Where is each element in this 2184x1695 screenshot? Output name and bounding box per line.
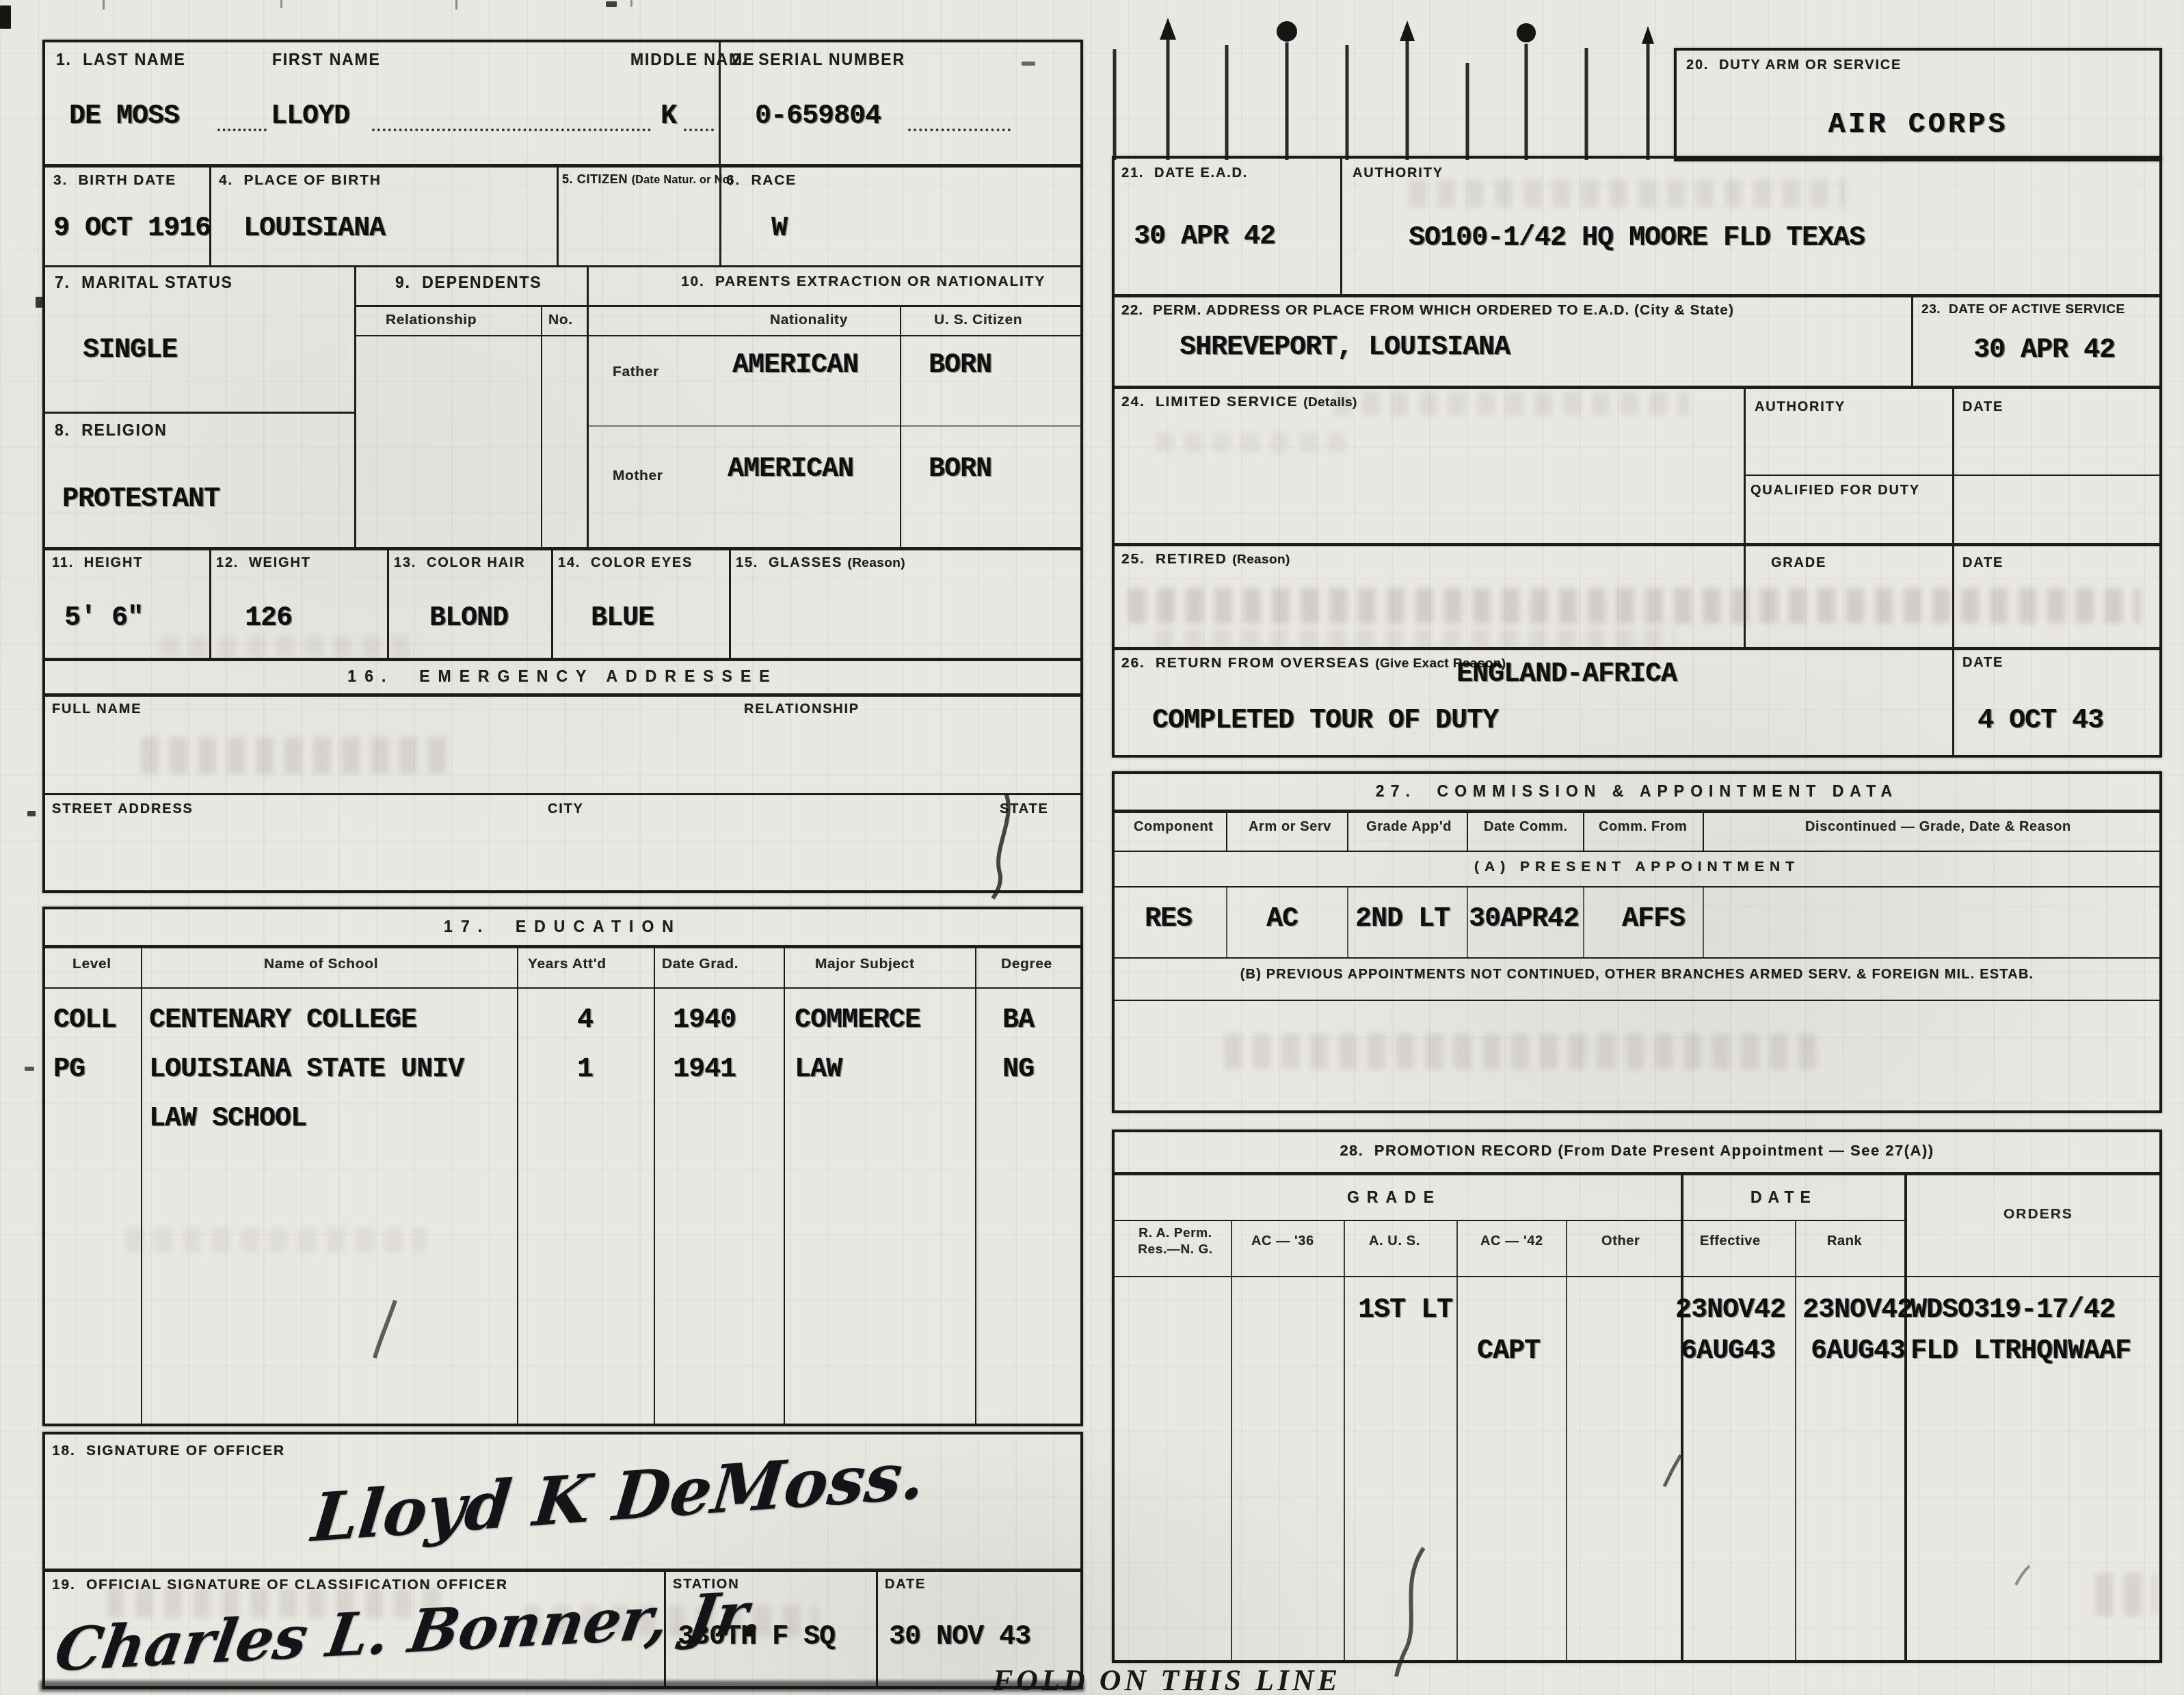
color-eyes-value: BLUE xyxy=(591,604,654,633)
ghost-text xyxy=(1409,179,1846,208)
rule xyxy=(1115,957,2159,959)
rule xyxy=(1456,1220,1458,1660)
field-weight-label: 12. WEIGHT xyxy=(216,555,311,571)
appointment-date-value: 30APR42 xyxy=(1469,905,1579,934)
rule xyxy=(719,42,721,164)
rule xyxy=(1952,647,1954,755)
rule xyxy=(45,693,1080,697)
father-nationality-value: AMERICAN xyxy=(732,351,858,380)
scan-speck xyxy=(25,1067,34,1071)
scan-speck xyxy=(0,5,11,29)
field-religion-label: 8. RELIGION xyxy=(55,421,168,440)
place-of-birth-value: LOUISIANA xyxy=(243,215,385,243)
rule xyxy=(1703,810,1704,851)
last-name-value: DE MOSS xyxy=(69,103,179,131)
return-overseas-value: ENGLAND-AFRICA xyxy=(1456,660,1677,689)
dependents-no-header: No. xyxy=(548,312,573,328)
religion-value: PROTESTANT xyxy=(62,485,219,514)
education-row-cell: PG xyxy=(53,1056,85,1084)
ghost-text xyxy=(1156,629,1675,647)
education-row-cell: CENTENARY COLLEGE xyxy=(149,1006,416,1035)
promotion-rank-value: 23NOV42 xyxy=(1802,1296,1913,1325)
field-first-name-label: FIRST NAME xyxy=(272,51,381,69)
rule xyxy=(1115,386,2159,389)
classification-officer-signature: Charles L. Bonner, Jr. xyxy=(51,1578,769,1685)
education-row-cell: 1 xyxy=(577,1056,593,1084)
rule xyxy=(45,547,1080,550)
rule xyxy=(1115,1172,2159,1175)
field-date-active-service-label: 23. DATE OF ACTIVE SERVICE xyxy=(1921,302,2125,317)
father-citizen-value: BORN xyxy=(929,351,991,380)
authority-value: SO100-1/42 HQ MOORE FLD TEXAS xyxy=(1409,224,1865,253)
promotion-grade-aus-value: 1ST LT xyxy=(1358,1296,1452,1325)
scan-speck xyxy=(606,1,617,7)
ghost-text xyxy=(1333,391,1689,416)
promotion-rank-value: 6AUG43 xyxy=(1811,1337,1905,1366)
rule xyxy=(354,335,1080,336)
rule xyxy=(1904,1172,1907,1660)
duty-arm-value: AIR CORPS xyxy=(1828,109,2008,139)
pen-stroke xyxy=(2012,1562,2032,1589)
rule xyxy=(354,265,356,547)
rule xyxy=(45,987,1080,989)
field-marital-status-label: 7. MARITAL STATUS xyxy=(55,273,233,292)
education-header: 17. EDUCATION xyxy=(444,918,682,936)
commission-col-from: Comm. From xyxy=(1599,819,1687,835)
promotion-col-orders: ORDERS xyxy=(2003,1206,2073,1223)
rule xyxy=(1347,810,1348,851)
rule xyxy=(654,945,655,1424)
rule xyxy=(1952,543,1954,647)
field-return-from-overseas-label: 26. RETURN FROM OVERSEAS (Give Exact Rea… xyxy=(1121,655,1506,671)
field-classification-officer-signature-label: 19. OFFICIAL SIGNATURE OF CLASSIFICATION… xyxy=(52,1577,508,1593)
rule xyxy=(45,793,1080,795)
education-box: 17. EDUCATION Level Name of School Years… xyxy=(42,907,1083,1426)
weight-value: 126 xyxy=(245,604,292,633)
promotion-record-box: 28. PROMOTION RECORD (From Date Present … xyxy=(1112,1130,2162,1663)
field-parents-extraction-label: 10. PARENTS EXTRACTION OR NATIONALITY xyxy=(681,273,1046,290)
rule xyxy=(975,945,976,1424)
ghost-text xyxy=(161,636,421,658)
rule xyxy=(587,265,589,547)
field-birth-date-label: 3. BIRTH DATE xyxy=(53,172,176,189)
field-race-label: 6. RACE xyxy=(726,172,797,189)
rule xyxy=(729,547,731,658)
education-row-cell: BA xyxy=(1002,1006,1034,1035)
ghost-handwriting xyxy=(1224,1034,1826,1069)
promotion-col-other: Other xyxy=(1601,1233,1640,1249)
rule xyxy=(1703,886,1704,957)
qualified-for-duty-label: QUALIFIED FOR DUTY xyxy=(1750,483,1920,498)
rule xyxy=(1226,810,1227,851)
return-date-value: 4 OCT 43 xyxy=(1977,707,2103,736)
mother-nationality-value: AMERICAN xyxy=(728,455,853,484)
field-color-hair-label: 13. COLOR HAIR xyxy=(394,555,526,571)
rule xyxy=(1340,159,1342,294)
dependents-relationship-header: Relationship xyxy=(386,312,477,328)
promotion-col-aus: A. U. S. xyxy=(1369,1233,1420,1249)
rule xyxy=(387,547,389,658)
dotted-leader xyxy=(217,129,267,131)
promotion-col-rank: Rank xyxy=(1827,1233,1862,1249)
signature-box: 18. SIGNATURE OF OFFICER Lloyd K DeMoss.… xyxy=(42,1432,1083,1689)
signature-date-value: 30 NOV 43 xyxy=(889,1623,1030,1652)
education-col-school: Name of School xyxy=(264,956,378,972)
pen-stroke xyxy=(1391,1543,1432,1679)
mother-citizen-value: BORN xyxy=(929,455,991,484)
rule xyxy=(587,425,1080,427)
rule xyxy=(1231,1220,1232,1660)
promotion-grade-ac42-value: CAPT xyxy=(1477,1337,1540,1366)
pen-stroke xyxy=(983,792,1031,901)
commission-col-component: Component xyxy=(1134,819,1214,835)
dotted-leader xyxy=(372,129,651,131)
marital-status-value: SINGLE xyxy=(83,336,177,365)
field-height-label: 11. HEIGHT xyxy=(52,555,143,571)
commission-col-arm: Arm or Serv xyxy=(1249,819,1331,835)
promotion-col-ra: R. A. Perm. Res.—N. G. xyxy=(1124,1225,1227,1258)
rule xyxy=(1583,810,1584,851)
rule xyxy=(517,945,518,1424)
ghost-fine-print xyxy=(2095,1573,2157,1616)
race-value: W xyxy=(771,215,787,243)
limited-service-date-label: DATE xyxy=(1962,399,2003,415)
rule xyxy=(1467,810,1468,851)
appointment-grade-value: 2ND LT xyxy=(1355,905,1450,934)
middle-name-value: K xyxy=(661,103,676,131)
education-col-level: Level xyxy=(72,956,111,972)
promotion-orders-value: WDSO319-17/42 xyxy=(1910,1296,2115,1325)
rule xyxy=(541,305,542,547)
commission-col-grade: Grade App'd xyxy=(1366,819,1452,835)
commission-title: 27. COMMISSION & APPOINTMENT DATA xyxy=(1376,782,1898,801)
scan-speck xyxy=(27,811,36,816)
dot-head xyxy=(1277,21,1297,42)
rule xyxy=(1344,1220,1345,1660)
rule xyxy=(1115,1000,2159,1001)
rule xyxy=(45,412,354,414)
date-active-service-value: 30 APR 42 xyxy=(1973,336,2115,365)
promotion-record-title: 28. PROMOTION RECORD (From Date Present … xyxy=(1340,1142,1934,1160)
field-dependents-label: 9. DEPENDENTS xyxy=(395,273,542,292)
authority-label: AUTHORITY xyxy=(1353,165,1443,181)
personal-data-box: 1. LAST NAME FIRST NAME MIDDLE NAME 2. S… xyxy=(42,40,1083,893)
scan-tick xyxy=(280,0,282,8)
arrow-head xyxy=(1642,26,1654,44)
emergency-relationship-label: RELATIONSHIP xyxy=(744,702,860,717)
ghost-text xyxy=(1156,432,1347,453)
rule xyxy=(45,945,1080,948)
rule xyxy=(45,265,1080,267)
ghost-text xyxy=(126,1228,427,1253)
scan-speck xyxy=(1022,62,1035,66)
first-name-value: LLOYD xyxy=(271,103,349,131)
rule xyxy=(45,164,1080,168)
emergency-full-name-label: FULL NAME xyxy=(52,702,142,717)
us-citizen-column-header: U. S. Citizen xyxy=(934,312,1022,328)
appointment-component-value: RES xyxy=(1145,905,1192,934)
education-row-cell: 1940 xyxy=(673,1006,736,1035)
perm-address-value: SHREVEPORT, LOUISIANA xyxy=(1180,334,1510,362)
rule xyxy=(1566,1220,1567,1660)
rule xyxy=(45,1569,1080,1572)
rule xyxy=(1115,810,2159,813)
rule xyxy=(1115,851,2159,852)
appointment-from-value: AFFS xyxy=(1622,905,1685,934)
field-limited-service-label: 24. LIMITED SERVICE (Details) xyxy=(1121,394,1357,410)
field-citizen-label: 5. CITIZEN (Date Natur. or No) xyxy=(562,172,734,187)
nationality-column-header: Nationality xyxy=(770,312,848,328)
promotion-col-ac42: AC — '42 xyxy=(1480,1233,1543,1249)
scan-tick xyxy=(103,0,105,10)
service-data-box: 21. DATE E.A.D. AUTHORITY 30 APR 42 SO10… xyxy=(1112,156,2162,758)
rule xyxy=(1911,294,1913,386)
promotion-col-effective: Effective xyxy=(1700,1233,1761,1249)
officer-signature: Lloyd K DeMoss. xyxy=(308,1436,929,1557)
rule xyxy=(1952,386,1954,543)
promotion-orders-value: FLD LTRHQNWAAF xyxy=(1910,1337,2131,1366)
retired-grade-label: GRADE xyxy=(1771,555,1826,571)
field-signature-of-officer-label: 18. SIGNATURE OF OFFICER xyxy=(52,1443,285,1459)
rule xyxy=(1583,886,1584,957)
field-serial-label: 2. SERIAL NUMBER xyxy=(732,51,905,69)
rule xyxy=(209,547,211,658)
promotion-effective-value: 6AUG43 xyxy=(1681,1337,1775,1366)
education-row-cell: COLL xyxy=(53,1006,116,1035)
rule xyxy=(1226,886,1227,957)
field-perm-address-label: 22. PERM. ADDRESS OR PLACE FROM WHICH OR… xyxy=(1121,302,1734,319)
pen-stroke xyxy=(1660,1451,1685,1492)
rule xyxy=(1681,1172,1683,1660)
appointment-arm-value: AC xyxy=(1266,905,1298,934)
rule xyxy=(1795,1220,1796,1660)
tally-marks xyxy=(1109,16,1670,160)
education-row-cell: 4 xyxy=(577,1006,593,1035)
education-row-cell: LAW xyxy=(795,1056,842,1084)
father-row-label: Father xyxy=(613,364,659,380)
rule xyxy=(1115,1220,1904,1221)
rule xyxy=(1467,886,1468,957)
rule xyxy=(1115,1276,2159,1277)
retired-date-label: DATE xyxy=(1962,555,2003,571)
scan-tick xyxy=(455,0,457,10)
scan-edge-streak xyxy=(40,1681,1084,1692)
rule xyxy=(1115,294,2159,297)
duty-arm-box: 20. DUTY ARM OR SERVICE AIR CORPS xyxy=(1674,48,2162,161)
rule xyxy=(141,945,142,1424)
field-color-eyes-label: 14. COLOR EYES xyxy=(558,555,693,571)
rule xyxy=(557,164,559,265)
education-row-cell: COMMERCE xyxy=(795,1006,920,1035)
rule xyxy=(551,547,553,658)
field-last-name-label: 1. LAST NAME xyxy=(56,51,186,69)
field-place-of-birth-label: 4. PLACE OF BIRTH xyxy=(219,172,382,189)
education-row-cell: LAW SCHOOL xyxy=(149,1105,306,1134)
return-reason-value: COMPLETED TOUR OF DUTY xyxy=(1152,707,1498,736)
date-label: DATE xyxy=(885,1577,926,1592)
present-appointment-band: (A) PRESENT APPOINTMENT xyxy=(1474,859,1800,875)
field-duty-arm-label: 20. DUTY ARM OR SERVICE xyxy=(1686,57,1902,73)
ghost-mirrored-text xyxy=(1128,588,2140,624)
emergency-city-label: CITY xyxy=(548,801,584,817)
commission-appointment-box: 27. COMMISSION & APPOINTMENT DATA Compon… xyxy=(1112,771,2162,1113)
emergency-addressee-header: 16. EMERGENCY ADDRESSEE xyxy=(347,667,777,686)
scan-tick xyxy=(630,0,632,7)
promotion-col-ac36: AC — '36 xyxy=(1251,1233,1314,1249)
education-col-grad: Date Grad. xyxy=(662,956,738,972)
arrow-head xyxy=(1400,21,1415,41)
scanned-classification-card: 1. LAST NAME FIRST NAME MIDDLE NAME 2. S… xyxy=(0,0,2184,1695)
rule xyxy=(876,1569,878,1686)
dot-head xyxy=(1517,23,1536,42)
education-col-major: Major Subject xyxy=(815,956,915,972)
ghost-handwriting xyxy=(141,737,455,774)
grade-group-header: GRADE xyxy=(1347,1188,1441,1207)
rule xyxy=(354,305,1080,307)
education-row-cell: NG xyxy=(1002,1056,1034,1084)
height-value: 5' 6" xyxy=(64,604,143,633)
rule xyxy=(1744,386,1746,543)
rule xyxy=(1115,647,2159,650)
promotion-effective-value: 23NOV42 xyxy=(1675,1296,1785,1325)
education-row-cell: 1941 xyxy=(673,1056,736,1084)
serial-number-value: 0-659804 xyxy=(755,103,881,131)
commission-col-discontinued: Discontinued — Grade, Date & Reason xyxy=(1805,819,2071,835)
dotted-leader xyxy=(684,129,714,131)
pen-stroke xyxy=(369,1296,401,1362)
field-date-ead-label: 21. DATE E.A.D. xyxy=(1121,165,1248,181)
date-group-header: DATE xyxy=(1750,1188,1817,1207)
arrow-head xyxy=(1160,18,1176,40)
education-row-cell: LOUISIANA STATE UNIV xyxy=(149,1056,464,1084)
rule xyxy=(1347,886,1348,957)
education-col-years: Years Att'd xyxy=(528,956,607,972)
rule xyxy=(1115,886,2159,887)
field-glasses-label: 15. GLASSES (Reason) xyxy=(736,555,905,571)
previous-appointments-band: (B) PREVIOUS APPOINTMENTS NOT CONTINUED,… xyxy=(1240,967,2034,983)
education-col-degree: Degree xyxy=(1001,956,1052,972)
rule xyxy=(784,945,785,1424)
date-ead-value: 30 APR 42 xyxy=(1134,223,1275,252)
limited-service-authority-label: AUTHORITY xyxy=(1755,399,1846,415)
birth-date-value: 9 OCT 1916 xyxy=(53,215,211,243)
emergency-street-label: STREET ADDRESS xyxy=(52,801,194,817)
commission-col-datecomm: Date Comm. xyxy=(1484,819,1568,835)
field-retired-label: 25. RETIRED (Reason) xyxy=(1121,551,1290,568)
scan-speck xyxy=(36,297,42,308)
return-date-label: DATE xyxy=(1962,655,2003,671)
rule xyxy=(45,658,1080,661)
mother-row-label: Mother xyxy=(613,468,663,484)
rule xyxy=(1115,543,2159,546)
rule xyxy=(1744,475,2159,476)
dotted-leader xyxy=(908,129,1011,131)
color-hair-value: BLOND xyxy=(429,604,508,633)
rule xyxy=(1744,543,1746,647)
